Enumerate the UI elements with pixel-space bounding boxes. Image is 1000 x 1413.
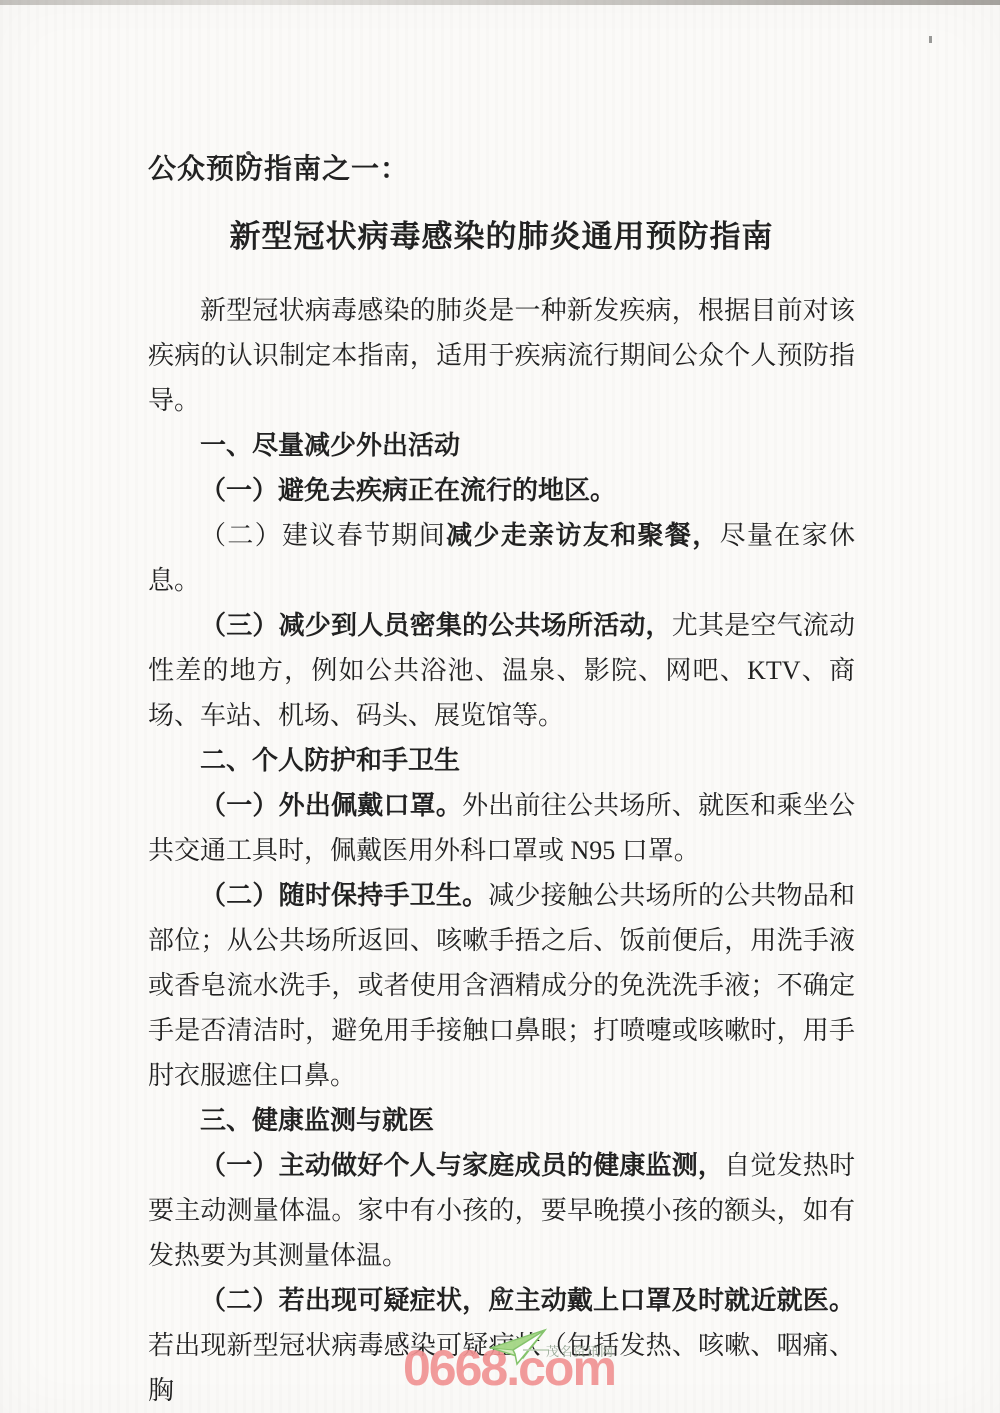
paragraph: （一）主动做好个人与家庭成员的健康监测，自觉发热时要主动测量体温。家中有小孩的，… bbox=[148, 1143, 855, 1278]
emphasis-text: （一）避免去疾病正在流行的地区。 bbox=[200, 476, 616, 505]
emphasis-text: 一、尽量减少外出活动 bbox=[200, 431, 460, 460]
paragraph: 一、尽量减少外出活动 bbox=[148, 423, 855, 468]
watermark-site-name: 茂名资讯网 bbox=[546, 1344, 614, 1359]
body-text: 减少接触公共场所的公共物品和部位；从公共场所返回、咳嗽手捂之后、饭前便后，用洗手… bbox=[148, 881, 855, 1090]
emphasis-text: （二）随时保持手卫生。 bbox=[200, 881, 488, 910]
paper-plane-icon bbox=[489, 1328, 549, 1368]
body-text: 新型冠状病毒感染的肺炎是一种新发疾病，根据目前对该疾病的认识制定本指南，适用于疾… bbox=[148, 296, 855, 415]
paragraph: （一）外出佩戴口罩。外出前往公共场所、就医和乘坐公共交通工具时，佩戴医用外科口罩… bbox=[148, 783, 855, 873]
document-kicker: 公众预防指南之一： bbox=[148, 152, 855, 188]
emphasis-text: （一）主动做好个人与家庭成员的健康监测， bbox=[200, 1151, 724, 1180]
site-watermark: 0668.com 茂名资讯网 bbox=[403, 1340, 663, 1410]
document-content: 公众预防指南之一： 新型冠状病毒感染的肺炎通用预防指南 新型冠状病毒感染的肺炎是… bbox=[0, 0, 1000, 1413]
paragraph: 三、健康监测与就医 bbox=[148, 1098, 855, 1143]
emphasis-text: （一）外出佩戴口罩。 bbox=[200, 791, 462, 820]
page-number: 2 bbox=[0, 1283, 1000, 1307]
paragraph: （二）建议春节期间减少走亲访友和聚餐，尽量在家休息。 bbox=[148, 513, 855, 603]
paragraph: 新型冠状病毒感染的肺炎是一种新发疾病，根据目前对该疾病的认识制定本指南，适用于疾… bbox=[148, 288, 855, 423]
body-text: （二）建议春节期间 bbox=[200, 521, 446, 550]
emphasis-text: 三、健康监测与就医 bbox=[200, 1106, 434, 1135]
paragraph: （一）避免去疾病正在流行的地区。 bbox=[148, 468, 855, 513]
document-title: 新型冠状病毒感染的肺炎通用预防指南 bbox=[148, 216, 855, 258]
emphasis-text: 减少走亲访友和聚餐， bbox=[446, 521, 719, 550]
document-body: 新型冠状病毒感染的肺炎是一种新发疾病，根据目前对该疾病的认识制定本指南，适用于疾… bbox=[148, 288, 855, 1413]
emphasis-text: 二、个人防护和手卫生 bbox=[200, 746, 460, 775]
paragraph: （二）随时保持手卫生。减少接触公共场所的公共物品和部位；从公共场所返回、咳嗽手捂… bbox=[148, 873, 855, 1098]
scanned-document-page: 公众预防指南之一： 新型冠状病毒感染的肺炎通用预防指南 新型冠状病毒感染的肺炎是… bbox=[0, 0, 1000, 1413]
paragraph: 二、个人防护和手卫生 bbox=[148, 738, 855, 783]
paragraph: （三）减少到人员密集的公共场所活动，尤其是空气流动性差的地方，例如公共浴池、温泉… bbox=[148, 603, 855, 738]
emphasis-text: （三）减少到人员密集的公共场所活动， bbox=[200, 611, 672, 640]
